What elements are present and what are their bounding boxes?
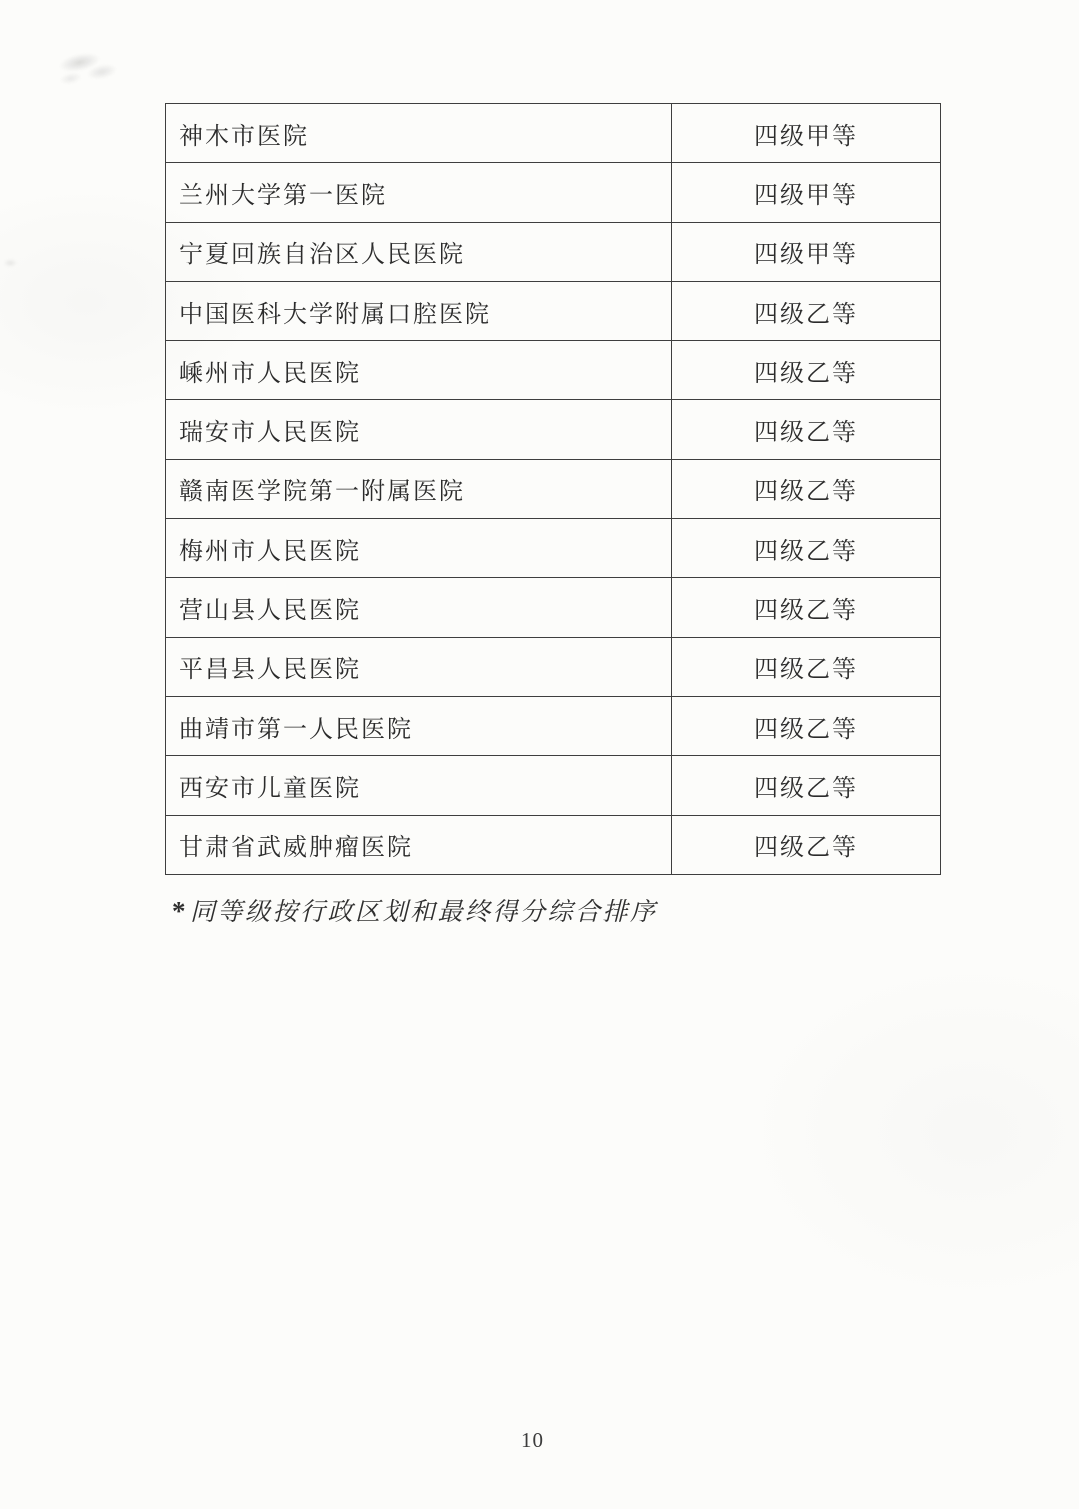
hospital-name-cell: 平昌县人民医院 [166,637,672,696]
table-row: 营山县人民医院 四级乙等 [166,578,941,637]
grade-cell: 四级乙等 [672,815,941,874]
table-row: 甘肃省武威肿瘤医院 四级乙等 [166,815,941,874]
table-row: 宁夏回族自治区人民医院 四级甲等 [166,222,941,281]
grade-cell: 四级甲等 [672,104,941,163]
grade-cell: 四级乙等 [672,400,941,459]
hospital-name-cell: 西安市儿童医院 [166,756,672,815]
table-row: 嵊州市人民医院 四级乙等 [166,341,941,400]
document-page: 神木市医院 四级甲等 兰州大学第一医院 四级甲等 宁夏回族自治区人民医院 四级甲… [0,0,1079,1509]
footnote-text: 同等级按行政区划和最终得分综合排序 [190,899,658,926]
grade-cell: 四级甲等 [672,163,941,222]
hospital-name-cell: 营山县人民医院 [166,578,672,637]
hospital-name-cell: 神木市医院 [166,104,672,163]
table-row: 瑞安市人民医院 四级乙等 [166,400,941,459]
hospital-name-cell: 赣南医学院第一附属医院 [166,459,672,518]
grade-cell: 四级乙等 [672,637,941,696]
hospital-name-cell: 梅州市人民医院 [166,519,672,578]
table-row: 西安市儿童医院 四级乙等 [166,756,941,815]
grade-cell: 四级乙等 [672,756,941,815]
hospital-name-cell: 甘肃省武威肿瘤医院 [166,815,672,874]
grade-cell: 四级乙等 [672,341,941,400]
hospital-grade-table: 神木市医院 四级甲等 兰州大学第一医院 四级甲等 宁夏回族自治区人民医院 四级甲… [165,103,941,875]
table-row: 神木市医院 四级甲等 [166,104,941,163]
scan-smudge-artifact [43,28,133,98]
grade-cell: 四级乙等 [672,281,941,340]
table-row: 中国医科大学附属口腔医院 四级乙等 [166,281,941,340]
hospital-name-cell: 宁夏回族自治区人民医院 [166,222,672,281]
table-row: 兰州大学第一医院 四级甲等 [166,163,941,222]
grade-cell: 四级乙等 [672,519,941,578]
hospital-name-cell: 中国医科大学附属口腔医院 [166,281,672,340]
table-row: 赣南医学院第一附属医院 四级乙等 [166,459,941,518]
table-row: 曲靖市第一人民医院 四级乙等 [166,696,941,755]
hospital-name-cell: 嵊州市人民医院 [166,341,672,400]
grade-cell: 四级乙等 [672,696,941,755]
scan-smudge-artifact [0,252,26,274]
grade-cell: 四级甲等 [672,222,941,281]
table-row: 平昌县人民医院 四级乙等 [166,637,941,696]
footnote: *同等级按行政区划和最终得分综合排序 [172,892,658,928]
grade-cell: 四级乙等 [672,459,941,518]
hospital-name-cell: 曲靖市第一人民医院 [166,696,672,755]
hospital-name-cell: 瑞安市人民医院 [166,400,672,459]
hospital-name-cell: 兰州大学第一医院 [166,163,672,222]
table-row: 梅州市人民医院 四级乙等 [166,519,941,578]
grade-cell: 四级乙等 [672,578,941,637]
page-number: 10 [0,1428,1065,1453]
footnote-asterisk: * [172,896,188,926]
